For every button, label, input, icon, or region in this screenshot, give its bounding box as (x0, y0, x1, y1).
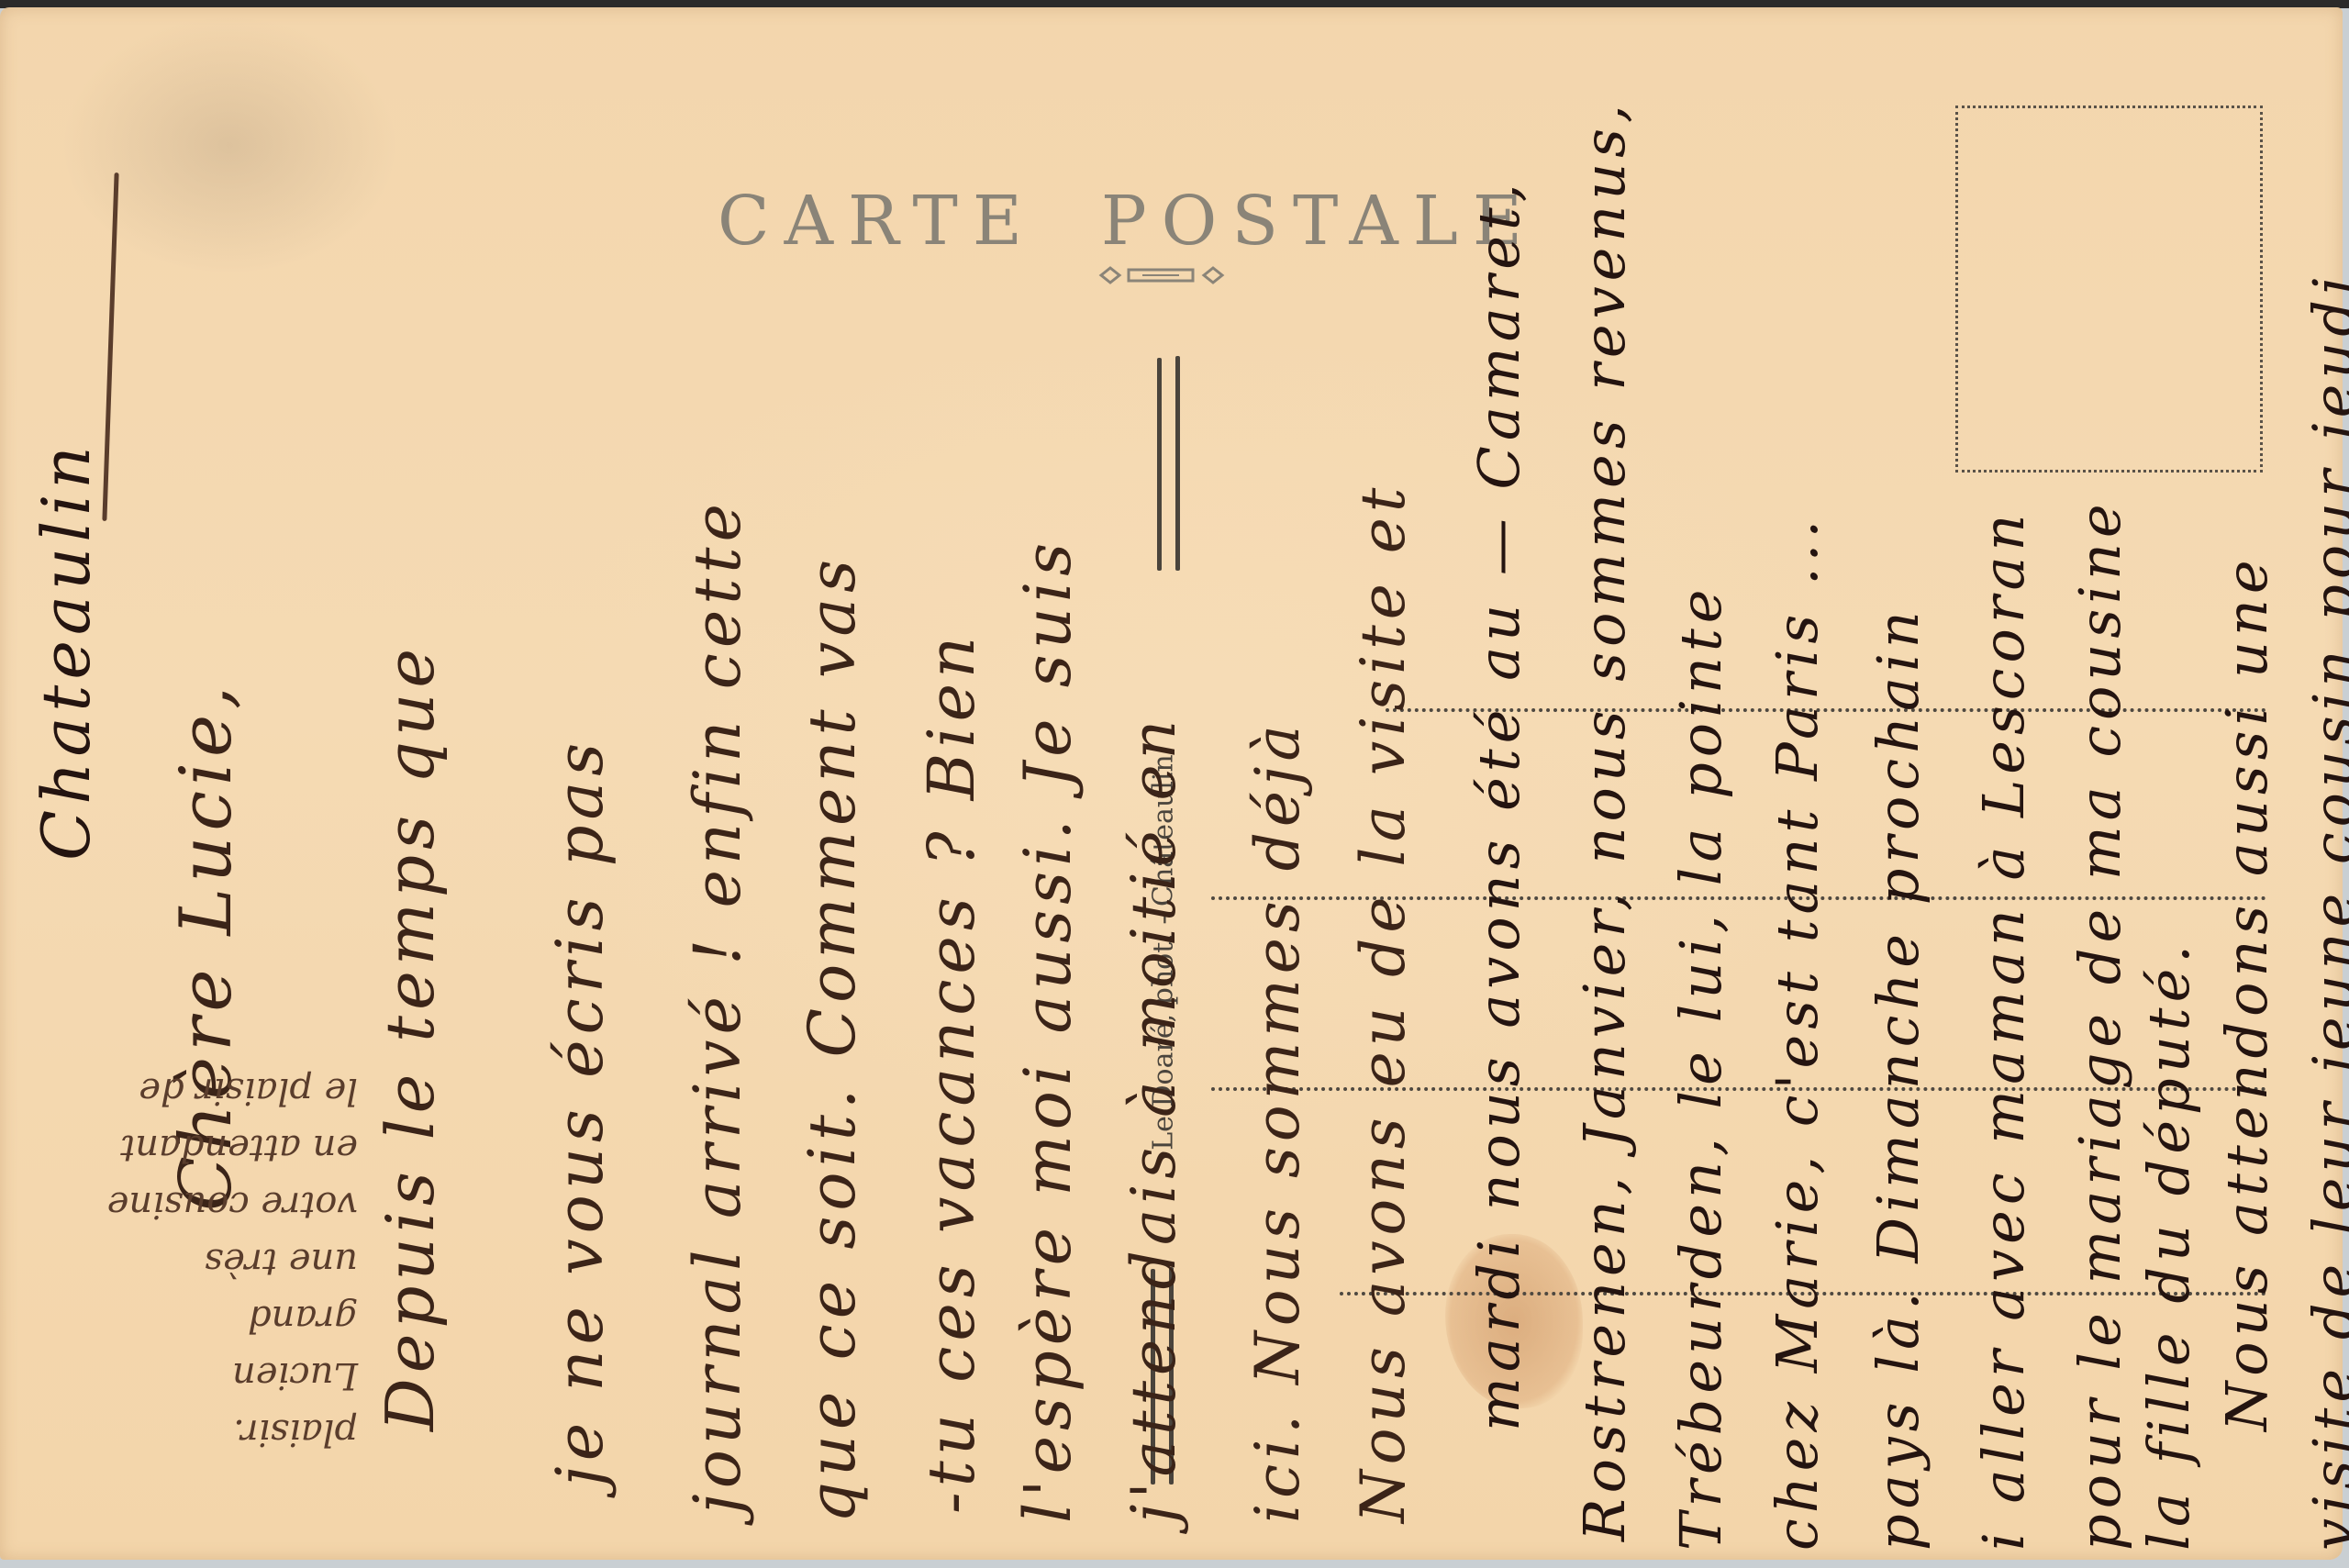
handwritten-line: Depuis le temps que (372, 643, 449, 1431)
handwritten-line: j'attendais à moitié en (1119, 715, 1189, 1523)
handwritten-line: mardi nous avons été au — Camaret, (1465, 178, 1532, 1431)
handwritten-line: je ne vous écris pas (542, 738, 618, 1486)
handwritten-line: -tu ces vacances ? Bien (914, 631, 989, 1514)
handwritten-line: Nous avons eu de la visite et (1348, 483, 1419, 1523)
ps-line: votre cousine (9, 1176, 358, 1233)
title-word-carte: CARTE (718, 182, 1037, 261)
ornament-icon (1092, 264, 1239, 286)
postscript-upside-down: plaisir. Lucien grand une très votre cou… (9, 1062, 358, 1461)
ps-line: Lucien (9, 1347, 358, 1404)
handwritten-line: ici. Nous sommes déjà (1242, 719, 1313, 1523)
handwritten-line: l'espère moi aussi. Je suis (1010, 538, 1085, 1523)
stamp-box (1955, 106, 2263, 473)
handwritten-line: la fille du député. (2135, 940, 2202, 1551)
handwritten-line: pour le mariage de ma cousine (2066, 498, 2133, 1551)
handwritten-line: Rostrenen, Janvier, nous sommes revenus, (1571, 99, 1638, 1541)
handwritten-line: pays là. Dimanche prochain (1865, 606, 1932, 1551)
handwritten-line: chez Marie, c'est tant Paris ... (1764, 515, 1831, 1551)
ps-line: grand (9, 1290, 358, 1347)
handwritten-line: journal arrivé ! enfin cette (680, 498, 755, 1514)
place-header: Chateaulin (28, 440, 105, 861)
postcard: CARTEPOSTALE Le Doaré, phot. - Châteauli… (0, 7, 2343, 1560)
handwritten-line: i aller avec maman à Lescoran (1970, 509, 2037, 1551)
margin-stroke (102, 172, 118, 521)
ps-line: une très (9, 1233, 358, 1290)
printed-title: CARTEPOSTALE (718, 182, 1537, 261)
handwritten-line: visite de leur jeune cousin pour jeudi (2300, 271, 2349, 1551)
ps-line: le plaisir de (9, 1062, 358, 1119)
ps-line: plaisir. (9, 1404, 358, 1461)
center-divider-upper-left (1157, 358, 1162, 571)
handwritten-line: Nous attendons aussi une (2213, 554, 2280, 1431)
ps-line: en attendant (9, 1119, 358, 1176)
handwritten-line: Trébeurden, le lui, la pointe (1667, 584, 1734, 1551)
handwritten-line: que ce soit. Comment vas (795, 554, 870, 1523)
center-divider-upper-right (1175, 356, 1180, 571)
